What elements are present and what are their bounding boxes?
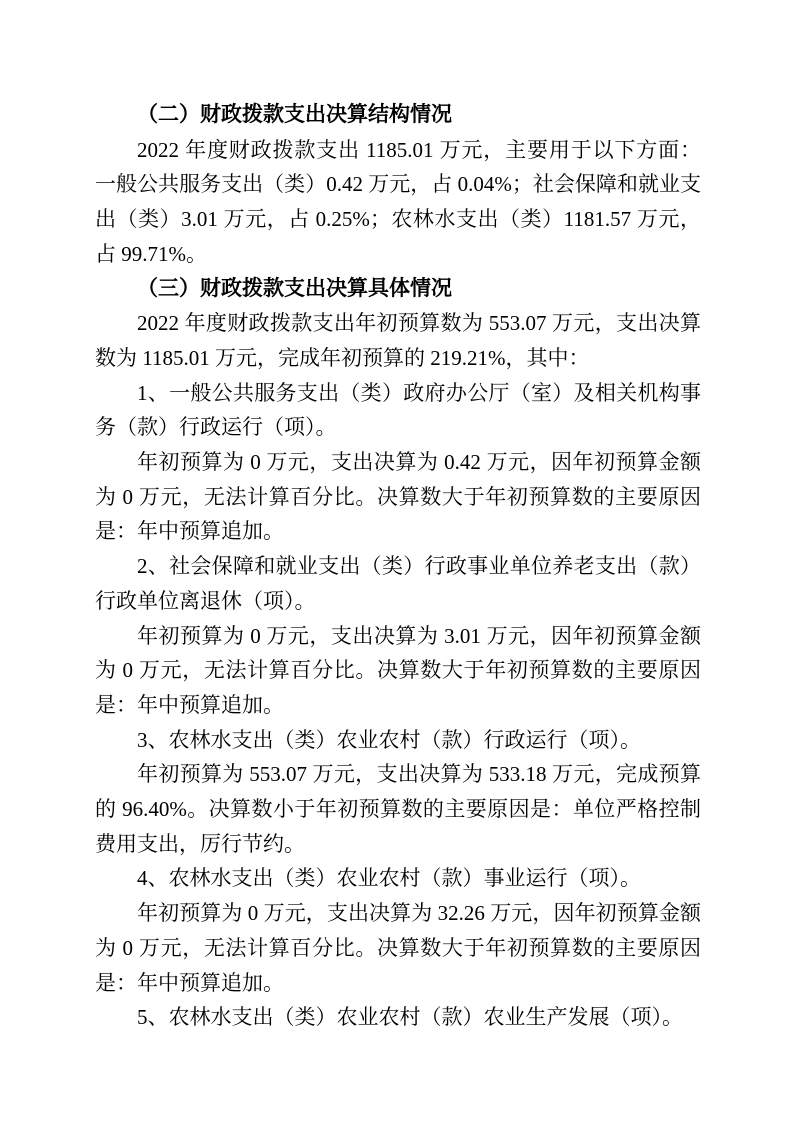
paragraph: 5、农林水支出（类）农业农村（款）农业生产发展（项）。 [95,1000,701,1035]
paragraph: 年初预算为 0 万元，支出决算为 32.26 万元，因年初预算金额为 0 万元，… [95,896,701,1000]
section-heading: （二）财政拨款支出决算结构情况 [95,98,701,133]
paragraph: 2022 年度财政拨款支出 1185.01 万元，主要用于以下方面：一般公共服务… [95,133,701,272]
paragraph: 4、农林水支出（类）农业农村（款）事业运行（项）。 [95,861,701,896]
paragraph: 2022 年度财政拨款支出年初预算数为 553.07 万元，支出决算数为 118… [95,306,701,375]
document-page: （二）财政拨款支出决算结构情况2022 年度财政拨款支出 1185.01 万元，… [0,0,793,1122]
document-body: （二）财政拨款支出决算结构情况2022 年度财政拨款支出 1185.01 万元，… [95,98,701,1035]
paragraph: 3、农林水支出（类）农业农村（款）行政运行（项）。 [95,723,701,758]
paragraph: 1、一般公共服务支出（类）政府办公厅（室）及相关机构事务（款）行政运行（项）。 [95,376,701,445]
paragraph: 年初预算为 553.07 万元，支出决算为 533.18 万元，完成预算的 96… [95,757,701,861]
paragraph: 年初预算为 0 万元，支出决算为 3.01 万元，因年初预算金额为 0 万元，无… [95,619,701,723]
paragraph: 年初预算为 0 万元，支出决算为 0.42 万元，因年初预算金额为 0 万元，无… [95,445,701,549]
section-heading: （三）财政拨款支出决算具体情况 [95,272,701,307]
paragraph: 2、社会保障和就业支出（类）行政事业单位养老支出（款）行政单位离退休（项）。 [95,549,701,618]
